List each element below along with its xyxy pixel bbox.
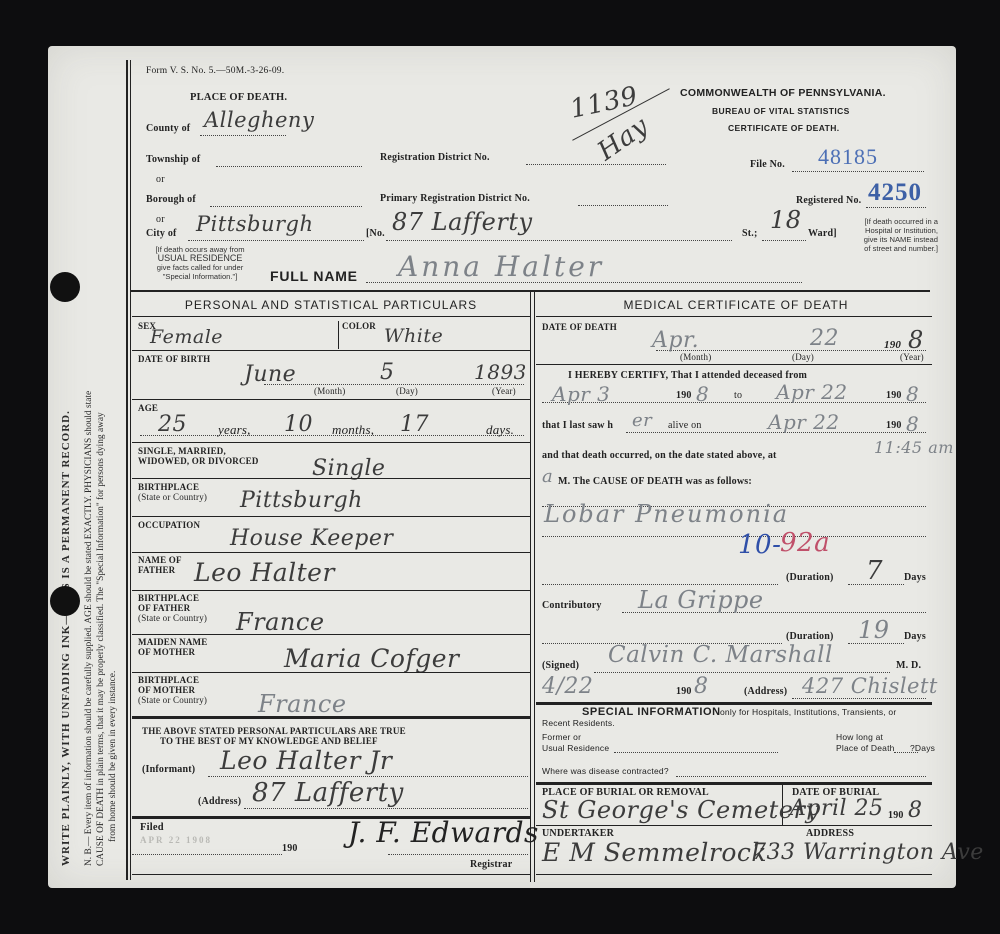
header-certificate: CERTIFICATE OF DEATH. [728,123,840,133]
dod-month: Apr. [652,328,699,353]
margin-note-line-1: N. B.— Every item of information should … [84,391,94,866]
registered-no-value: 4250 [868,179,922,207]
attended-to: Apr 22 [776,380,848,404]
color-value: White [384,325,443,347]
mother-birthplace-value: France [258,690,347,718]
undertaker-address-label: ADDRESS [806,828,854,839]
place-of-death-heading: PLACE OF DEATH. [190,92,287,103]
county-label: County of [146,123,190,134]
informant-statement-2: TO THE BEST OF MY KNOWLEDGE AND BELIEF [160,736,378,746]
informant-value: Leo Halter Jr [220,746,392,775]
cause-code-blue: 10- [738,530,781,560]
sex-value: Female [150,326,223,348]
age-days: 17 [400,412,429,437]
age-years: 25 [158,412,187,437]
street-value: 87 Lafferty [392,208,533,236]
cause-of-death-value: Lobar Pneumonia [544,500,789,528]
last-saw-pronoun: er [632,410,652,431]
left-border-rule [126,60,128,880]
city-label: City of [146,228,177,239]
dob-month: June [244,362,296,387]
burial-date-value: April 25 [790,796,884,821]
physician-address: 427 Chislett [802,674,938,698]
ward-value: 18 [770,206,802,234]
attended-from: Apr 3 [552,382,610,406]
street-no-label: [No. [366,228,385,239]
am-pm-value: a [542,466,553,487]
death-certificate: WRITE PLAINLY, WITH UNFADING INK—THIS IS… [48,46,956,888]
filed-stamp: APR 22 1908 [140,835,212,845]
primary-registration-label: Primary Registration District No. [380,193,530,204]
informant-address-value: 87 Lafferty [252,778,404,808]
borough-label: Borough of [146,194,196,205]
father-birthplace-value: France [236,608,325,636]
punch-hole-top [50,272,80,302]
special-info-heading: SPECIAL INFORMATION [582,706,721,718]
birthplace-value: Pittsburgh [240,488,363,513]
dod-day: 22 [810,326,839,351]
file-no-label: File No. [750,159,785,170]
medical-heading: MEDICAL CERTIFICATE OF DEATH [536,298,936,312]
form-number: Form V. S. No. 5.—50M.-3-26-09. [146,66,284,76]
corner-initials: Hay [592,111,654,167]
column-divider [530,292,531,882]
punch-hole-bottom [50,586,80,616]
father-name-value: Leo Halter [194,558,335,587]
st-label: St.; [742,228,758,239]
dob-day: 5 [380,360,395,385]
residence-note: [If death occurs away from USUAL RESIDEN… [138,245,262,281]
death-time-text: and that death occurred, on the date sta… [542,450,777,461]
cause-label: M. The CAUSE OF DEATH was as follows: [558,476,752,487]
header-bureau: BUREAU OF VITAL STATISTICS [712,106,850,116]
mother-maiden-name-value: Maria Cofger [284,644,459,673]
duration-1: 7 [866,556,883,586]
personal-heading: PERSONAL AND STATISTICAL PARTICULARS [132,298,530,312]
alive-on-value: Apr 22 [768,410,840,434]
physician-signature: Calvin C. Marshall [608,642,833,668]
margin-warning: WRITE PLAINLY, WITH UNFADING INK—THIS IS… [60,410,72,866]
file-no-value: 48185 [818,144,878,170]
county-value: Allegheny [204,108,314,132]
duration-2: 19 [858,616,890,644]
margin-note-line-3: from home should be given in every insta… [108,671,118,842]
left-border-rule-inner [130,60,131,880]
informant-statement-1: THE ABOVE STATED PERSONAL PARTICULARS AR… [142,726,406,736]
registration-district-label: Registration District No. [380,152,490,163]
dob-year: 1893 [474,360,527,384]
burial-place-value: St George's Cemetery [542,796,820,824]
dod-year: 8 [908,326,924,354]
hospital-note: [If death occurred in a Hospital or Inst… [818,217,938,253]
header-commonwealth: COMMONWEALTH OF PENNSYLVANIA. [680,87,886,99]
margin-note-line-2: CAUSE OF DEATH in plain terms, that it m… [96,412,106,866]
cause-code-red: 92a [780,528,830,558]
undertaker-value: E M Semmelrock [542,838,767,867]
signed-date: 4/22 [542,674,593,699]
city-value: Pittsburgh [196,212,313,236]
township-label: Township of [146,154,200,165]
full-name-label: FULL NAME [270,268,358,284]
margin-instructions: WRITE PLAINLY, WITH UNFADING INK—THIS IS… [48,46,128,888]
full-name-value: Anna Halter [398,250,604,283]
age-months: 10 [284,412,313,437]
registrar-signature: J. F. Edwards [348,816,539,849]
death-time-value: 11:45 am [874,438,954,457]
contributory-value: La Grippe [638,586,764,614]
registered-no-label: Registered No. [796,195,861,206]
certify-text: I HEREBY CERTIFY, That I attended deceas… [568,370,807,381]
occupation-value: House Keeper [230,526,393,551]
undertaker-address-value: 733 Warrington Ave [752,840,984,865]
